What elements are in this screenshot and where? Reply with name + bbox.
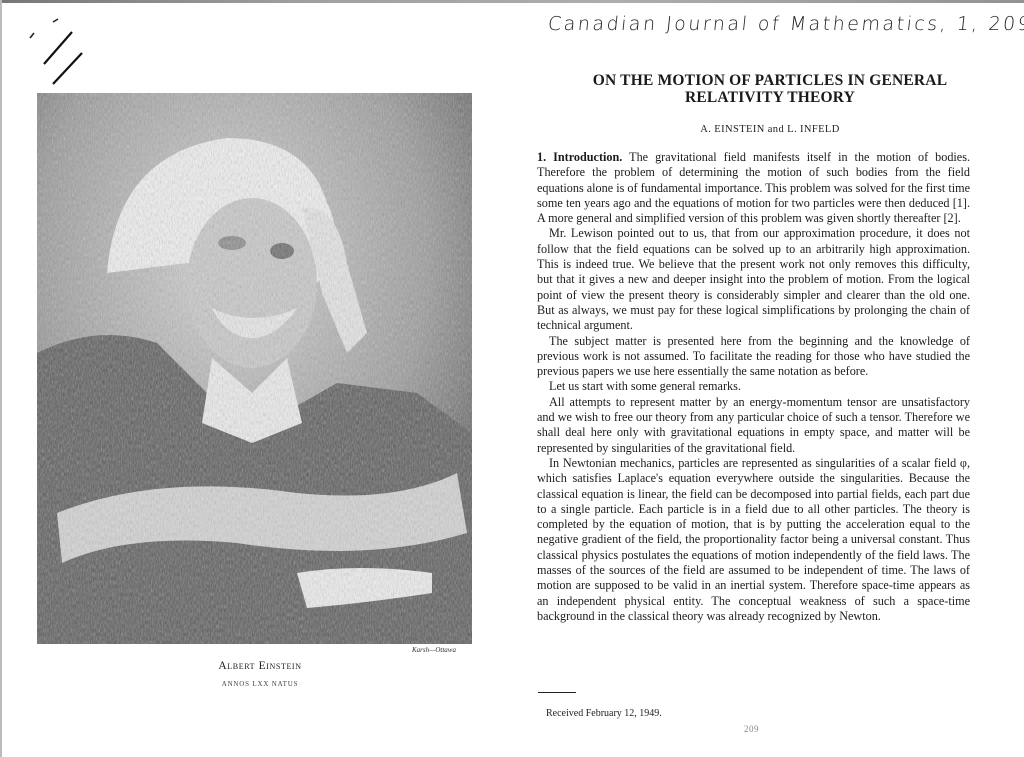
received-date-footnote: Received February 12, 1949. [546,708,662,719]
article-body: 1. Introduction. The gravitational field… [537,150,970,624]
pen-slash-marks [25,10,95,90]
article-title: ON THE MOTION OF PARTICLES IN GENERAL RE… [540,72,1000,106]
paragraph: Mr. Lewison pointed out to us, that from… [537,226,970,333]
paragraph: The subject matter is presented here fro… [537,334,970,380]
paragraph: All attempts to represent matter by an e… [537,395,970,456]
article-title-line-2: RELATIVITY THEORY [540,89,1000,106]
portrait-caption-name: Albert Einstein [200,660,320,672]
paragraph: In Newtonian mechanics, particles are re… [537,456,970,624]
handwritten-citation-note: Canadian Journal of Mathematics, 1, 209-… [547,13,1024,35]
scan-top-border [0,0,1024,3]
paragraph-introduction: 1. Introduction. The gravitational field… [537,150,970,226]
paragraph: Let us start with some general remarks. [537,379,970,394]
article-title-line-1: ON THE MOTION OF PARTICLES IN GENERAL [540,72,1000,89]
section-heading: 1. Introduction. [537,150,622,164]
photo-credit: Karsh—Ottawa [412,646,456,654]
portrait-caption-subtitle: ANNOS LXX NATUS [200,680,320,688]
scan-left-edge [0,0,2,757]
einstein-portrait [37,93,472,644]
footnote-rule [538,692,576,693]
article-authors: A. EINSTEIN and L. INFELD [540,124,1000,135]
page-number: 209 [744,724,759,734]
